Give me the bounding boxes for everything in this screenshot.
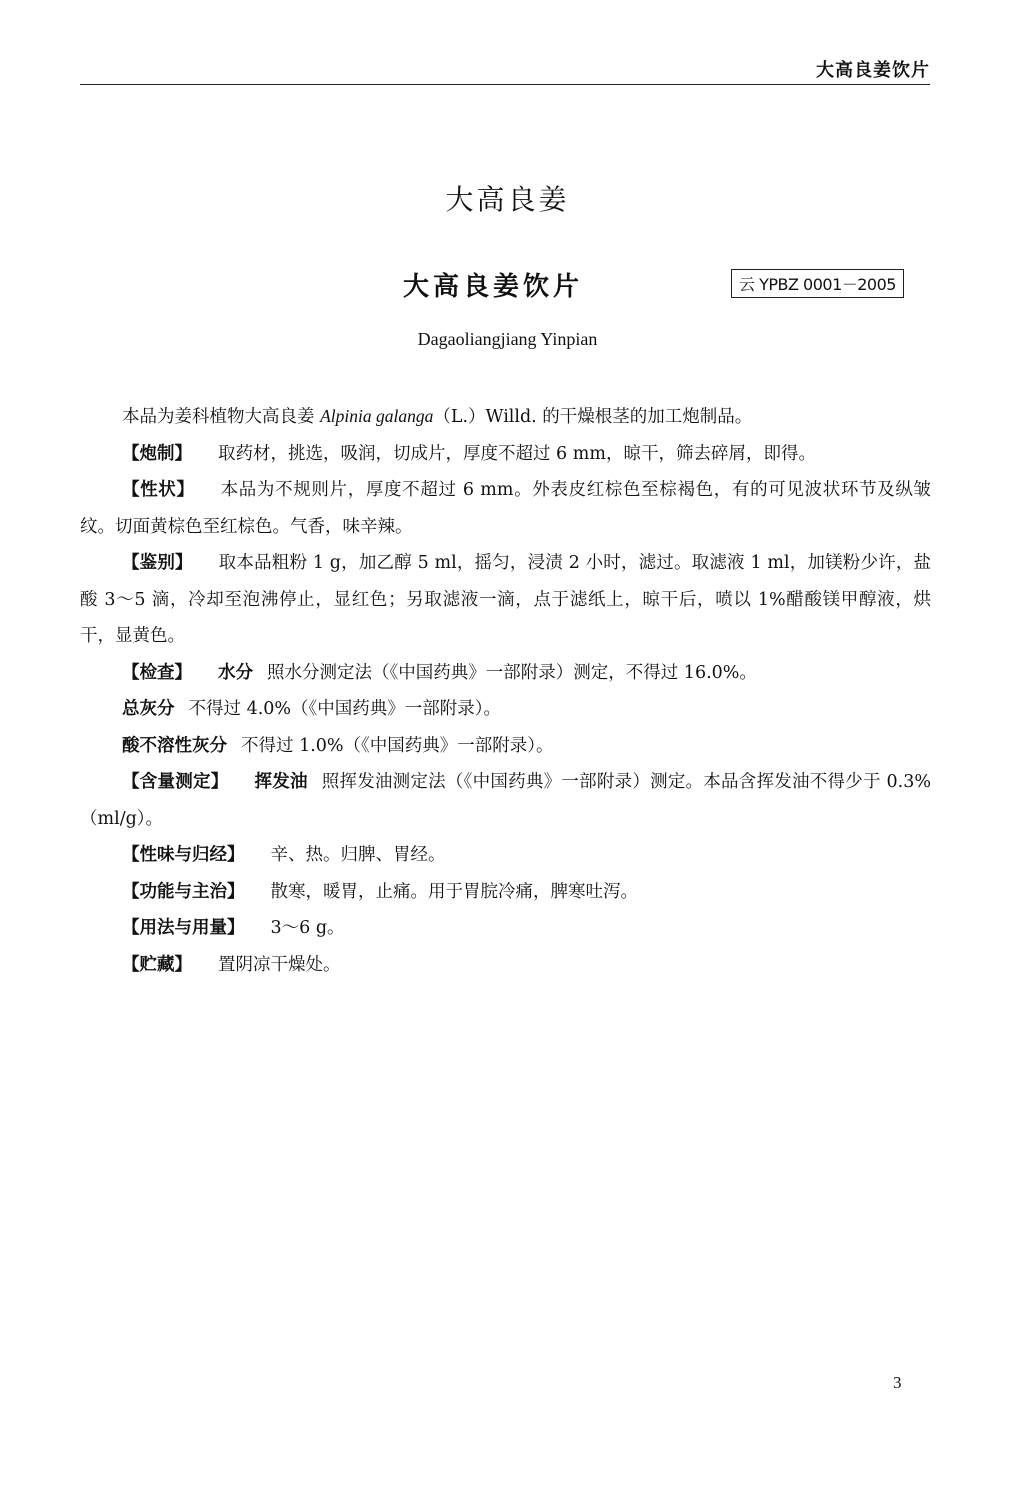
subtitle-row: 大高良姜饮片 云 YPBZ 0001－2005 — [0, 266, 1015, 306]
intro-text: 本品为姜科植物大高良姜 — [122, 407, 320, 427]
sub-label-volatile-oil: 挥发油 — [254, 772, 307, 792]
section-text: 取本品粗粉 1 g，加乙醇 5 ml，摇匀，浸渍 2 小时，滤过。取滤液 1 m… — [80, 553, 931, 646]
section-text: 置阴凉干燥处。 — [218, 955, 341, 975]
inspection-acid-insoluble-ash: 酸不溶性灰分不得过 1.0%（《中国药典》一部附录）。 — [80, 728, 931, 765]
section-description: 【性状】本品为不规则片，厚度不超过 6 mm。外表皮红棕色至棕褐色，有的可见波状… — [80, 472, 931, 545]
latin-name: Alpinia galanga — [320, 406, 433, 426]
section-processing: 【炮制】取药材，挑选，吸润，切成片，厚度不超过 6 mm，晾干，筛去碎屑，即得。 — [80, 436, 931, 473]
page-number: 3 — [893, 1373, 902, 1393]
section-assay: 【含量测定】挥发油照挥发油测定法（《中国药典》一部附录）测定。本品含挥发油不得少… — [80, 764, 931, 837]
intro-text-after: （L.）Willd. 的干燥根茎的加工炮制品。 — [433, 407, 752, 427]
header-rule — [80, 84, 930, 85]
section-nature-meridian: 【性味与归经】辛、热。归脾、胃经。 — [80, 837, 931, 874]
section-text: 不得过 1.0%（《中国药典》一部附录）。 — [241, 736, 554, 756]
page-title: 大高良姜 — [0, 178, 1015, 218]
section-label: 【检查】 — [122, 663, 192, 683]
section-label: 【功能与主治】 — [122, 882, 245, 902]
section-inspection: 【检查】水分照水分测定法（《中国药典》一部附录）测定，不得过 16.0%。 — [80, 655, 931, 692]
section-label: 【用法与用量】 — [122, 918, 245, 938]
section-label: 【鉴别】 — [122, 553, 193, 573]
section-function-indication: 【功能与主治】散寒，暖胃，止痛。用于胃脘冷痛，脾寒吐泻。 — [80, 874, 931, 911]
standard-code-box: 云 YPBZ 0001－2005 — [731, 269, 904, 298]
section-label: 【炮制】 — [122, 444, 192, 464]
document-body: 本品为姜科植物大高良姜 Alpinia galanga（L.）Willd. 的干… — [80, 398, 931, 983]
running-header: 大高良姜饮片 — [816, 56, 930, 82]
sub-label-total-ash: 总灰分 — [122, 699, 175, 719]
section-label: 【贮藏】 — [122, 955, 192, 975]
section-label: 【性状】 — [122, 480, 195, 500]
section-dosage: 【用法与用量】3～6 g。 — [80, 910, 931, 947]
inspection-total-ash: 总灰分不得过 4.0%（《中国药典》一部附录）。 — [80, 691, 931, 728]
sub-label-acid-ash: 酸不溶性灰分 — [122, 736, 227, 756]
section-text: 辛、热。归脾、胃经。 — [271, 845, 446, 865]
section-text: 3～6 g。 — [271, 918, 345, 938]
section-label: 【性味与归经】 — [122, 845, 245, 865]
pinyin-title: Dagaoliangjiang Yinpian — [0, 329, 1015, 350]
subtitle: 大高良姜饮片 — [403, 266, 583, 303]
section-text: 散寒，暖胃，止痛。用于胃脘冷痛，脾寒吐泻。 — [271, 882, 639, 902]
section-storage: 【贮藏】置阴凉干燥处。 — [80, 947, 931, 984]
sub-label-water: 水分 — [218, 663, 253, 683]
section-text: 取药材，挑选，吸润，切成片，厚度不超过 6 mm，晾干，筛去碎屑，即得。 — [218, 444, 816, 464]
section-text: 照水分测定法（《中国药典》一部附录）测定，不得过 16.0%。 — [267, 663, 757, 683]
section-text: 本品为不规则片，厚度不超过 6 mm。外表皮红棕色至棕褐色，有的可见波状环节及纵… — [80, 480, 931, 537]
intro-paragraph: 本品为姜科植物大高良姜 Alpinia galanga（L.）Willd. 的干… — [80, 398, 931, 436]
section-text: 不得过 4.0%（《中国药典》一部附录）。 — [189, 699, 502, 719]
section-identification: 【鉴别】取本品粗粉 1 g，加乙醇 5 ml，摇匀，浸渍 2 小时，滤过。取滤液… — [80, 545, 931, 655]
section-label: 【含量测定】 — [122, 772, 228, 792]
